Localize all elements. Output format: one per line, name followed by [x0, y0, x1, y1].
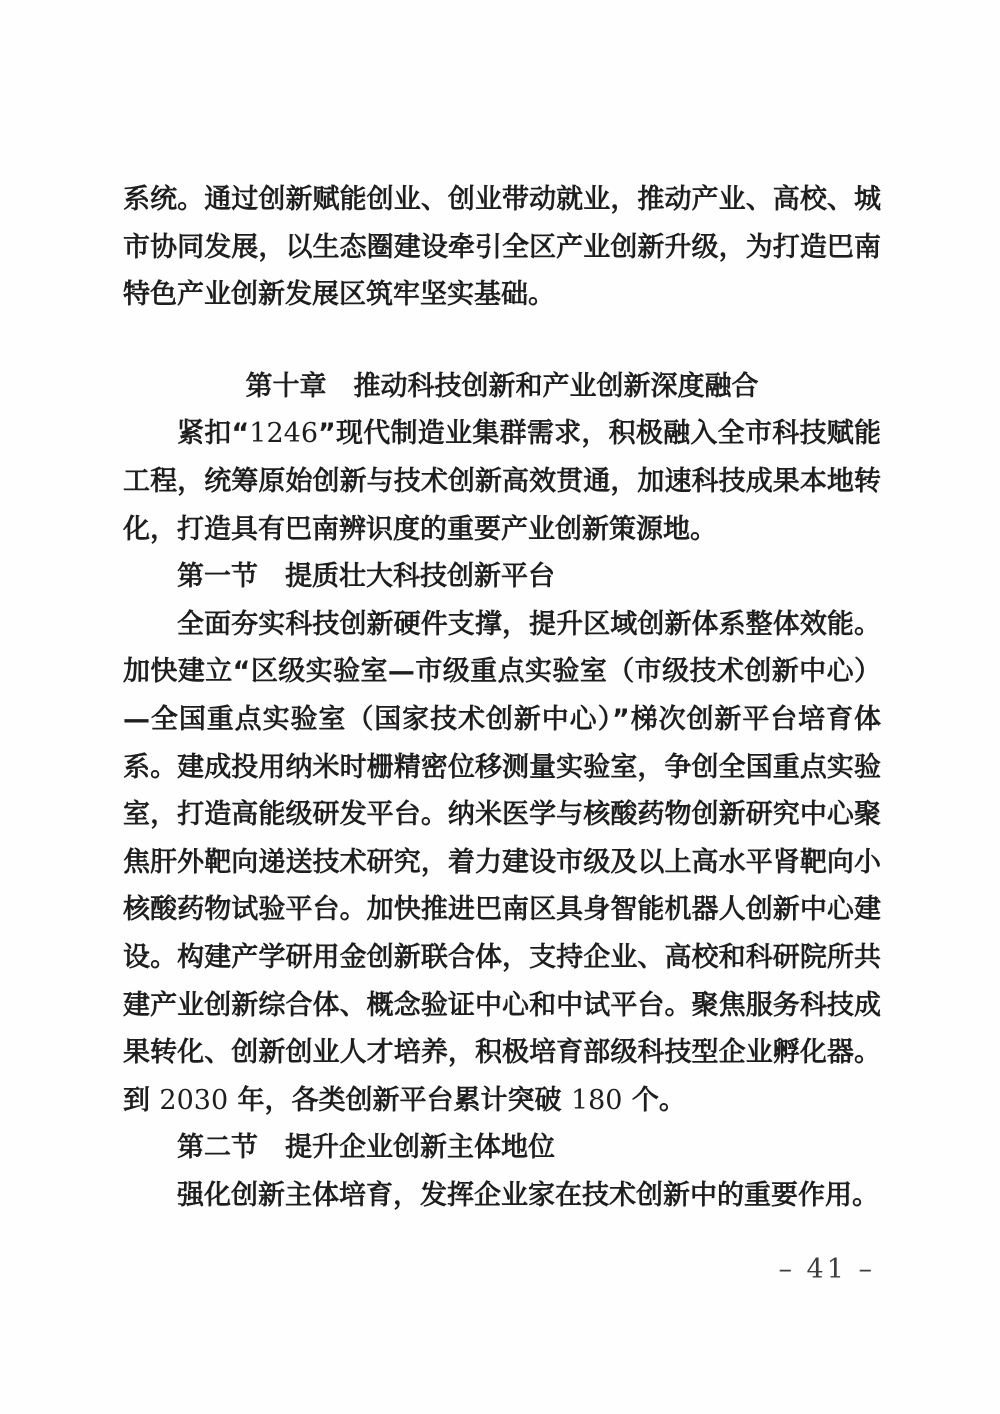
- body-text: 系统。通过创新赋能创业、创业带动就业，推动产业、高校、城市协同发展，以生态圈建设…: [123, 176, 881, 1219]
- chapter-heading: 第十章 推动科技创新和产业创新深度融合: [123, 363, 881, 411]
- chapter-intro-paragraph: 紧扣“1246”现代制造业集群需求，积极融入全市科技赋能工程，统筹原始创新与技术…: [123, 410, 881, 553]
- section-1-paragraph: 全面夯实科技创新硬件支撑，提升区域创新体系整体效能。加快建立“区级实验室—市级重…: [123, 601, 881, 1125]
- section-1-heading: 第一节 提质壮大科技创新平台: [123, 553, 881, 601]
- section-2-paragraph: 强化创新主体培育，发挥企业家在技术创新中的重要作用。: [123, 1172, 881, 1220]
- section-2-heading: 第二节 提升企业创新主体地位: [123, 1124, 881, 1172]
- document-page: 系统。通过创新赋能创业、创业带动就业，推动产业、高校、城市协同发展，以生态圈建设…: [0, 0, 1000, 1414]
- continuation-paragraph: 系统。通过创新赋能创业、创业带动就业，推动产业、高校、城市协同发展，以生态圈建设…: [123, 176, 881, 319]
- page-number: – 41 –: [0, 1254, 875, 1285]
